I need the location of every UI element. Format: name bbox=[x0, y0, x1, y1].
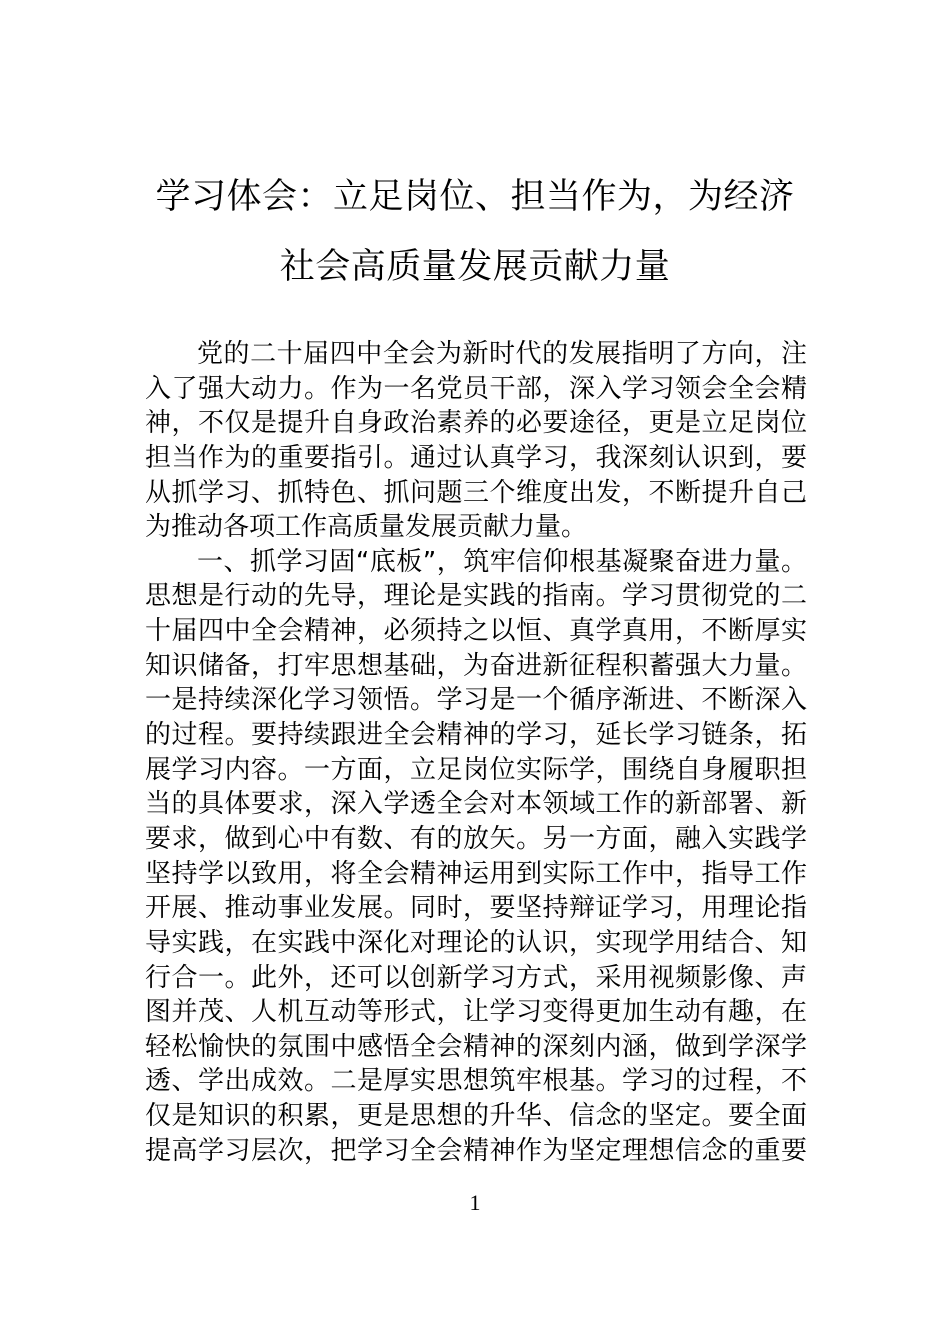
body-line: 提高学习层次，把学习全会精神作为坚定理想信念的重要 bbox=[145, 1134, 807, 1169]
body-line: 透、学出成效。二是厚实思想筑牢根基。学习的过程，不 bbox=[145, 1064, 807, 1099]
body-line: 担当作为的重要指引。通过认真学习，我深刻认识到，要 bbox=[145, 441, 807, 476]
document-body: 党的二十届四中全会为新时代的发展指明了方向，注 入了强大动力。作为一名党员干部，… bbox=[145, 337, 807, 1168]
document-page: 学习体会：立足岗位、担当作为，为经济 社会高质量发展贡献力量 党的二十届四中全会… bbox=[0, 0, 950, 1344]
body-line: 要求，做到心中有数、有的放矢。另一方面，融入实践学 bbox=[145, 822, 807, 857]
body-line: 党的二十届四中全会为新时代的发展指明了方向，注 bbox=[145, 337, 807, 372]
body-line: 为推动各项工作高质量发展贡献力量。 bbox=[145, 510, 807, 545]
body-line: 的过程。要持续跟进全会精神的学习，延长学习链条，拓 bbox=[145, 718, 807, 753]
body-line: 导实践，在实践中深化对理论的认识，实现学用结合、知 bbox=[145, 926, 807, 961]
body-line: 坚持学以致用，将全会精神运用到实际工作中，指导工作 bbox=[145, 857, 807, 892]
body-line: 知识储备，打牢思想基础，为奋进新征程积蓄强大力量。 bbox=[145, 649, 807, 684]
body-line: 轻松愉快的氛围中感悟全会精神的深刻内涵，做到学深学 bbox=[145, 1030, 807, 1065]
body-line: 图并茂、人机互动等形式，让学习变得更加生动有趣，在 bbox=[145, 995, 807, 1030]
body-line: 仅是知识的积累，更是思想的升华、信念的坚定。要全面 bbox=[145, 1099, 807, 1134]
body-line: 神，不仅是提升自身政治素养的必要途径，更是立足岗位 bbox=[145, 406, 807, 441]
body-line: 展学习内容。一方面，立足岗位实际学，围绕自身履职担 bbox=[145, 753, 807, 788]
page-number: 1 bbox=[0, 1190, 950, 1216]
document-title-line-1: 学习体会：立足岗位、担当作为，为经济 bbox=[0, 175, 950, 219]
section-heading-line: 一、抓学习固“底板”，筑牢信仰根基凝聚奋进力量。 bbox=[145, 545, 807, 580]
body-line: 行合一。此外，还可以创新学习方式，采用视频影像、声 bbox=[145, 961, 807, 996]
body-line: 一是持续深化学习领悟。学习是一个循序渐进、不断深入 bbox=[145, 683, 807, 718]
body-line: 从抓学习、抓特色、抓问题三个维度出发，不断提升自己 bbox=[145, 476, 807, 511]
body-line: 当的具体要求，深入学透全会对本领域工作的新部署、新 bbox=[145, 787, 807, 822]
body-line: 入了强大动力。作为一名党员干部，深入学习领会全会精 bbox=[145, 372, 807, 407]
body-line: 开展、推动事业发展。同时，要坚持辩证学习，用理论指 bbox=[145, 891, 807, 926]
document-title-line-2: 社会高质量发展贡献力量 bbox=[0, 245, 950, 289]
body-line: 思想是行动的先导，理论是实践的指南。学习贯彻党的二 bbox=[145, 579, 807, 614]
body-line: 十届四中全会精神，必须持之以恒、真学真用，不断厚实 bbox=[145, 614, 807, 649]
